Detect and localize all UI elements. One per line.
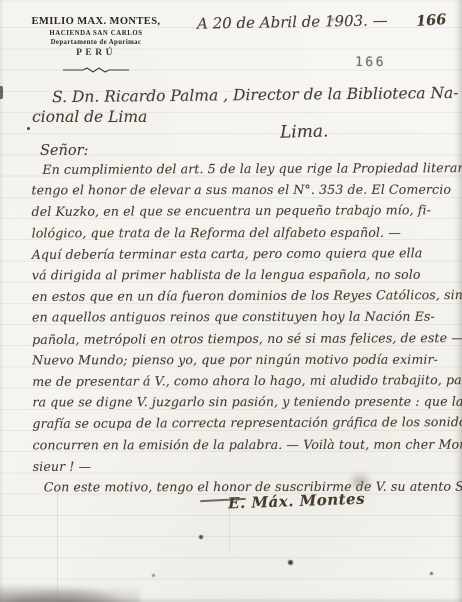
corner-ink-blot: [0, 580, 140, 602]
letterhead-estate: HACIENDA SAN CARLOS: [28, 30, 164, 37]
page-number-handwritten: 166: [415, 11, 446, 30]
city-line: Lima.: [280, 121, 329, 142]
page-number-stamp: 166: [355, 55, 386, 70]
paper-crease: [229, 495, 230, 553]
recipient-line-1: S. Dn. Ricardo Palma , Director de la Bi…: [52, 84, 459, 106]
letter-line: me de presentar á V., como ahora lo hago…: [32, 369, 448, 392]
letter-line: ra que se digne V. juzgarlo sin pasión, …: [32, 391, 448, 413]
ink-speck: [152, 574, 155, 577]
greeting: Señor:: [40, 143, 88, 159]
letter-line: en aquellos antiguos reinos que constitu…: [32, 306, 448, 328]
paper-crease: [57, 490, 58, 602]
ink-speck: [27, 127, 30, 130]
letter-body: En cumplimiento del art. 5 de la ley que…: [31, 157, 448, 498]
letter-line: Aquí debería terminar esta carta, pero c…: [32, 242, 448, 265]
letter-line: vá dirigida al primer hablista de la len…: [32, 264, 448, 286]
letter-line: concurren en la emisión de la palabra. —…: [32, 433, 448, 455]
ink-speck: [288, 560, 293, 565]
binding-mark: [0, 86, 3, 99]
letterhead-country: PERÚ: [28, 48, 164, 58]
letter-page: EMILIO MAX. MONTES, HACIENDA SAN CARLOS …: [0, 0, 462, 602]
letter-line: grafía se ocupa de la correcta represent…: [32, 412, 448, 435]
letter-line: lológico, que trata de la Reforma del al…: [32, 221, 448, 243]
signature: E. Máx. Montes: [228, 490, 366, 513]
letter-line: del Kuzko, en el que se encuentra un peq…: [31, 199, 447, 222]
letter-line: En cumplimiento del art. 5 de la ley que…: [31, 157, 447, 180]
letterhead-department: Departamento de Apurimac: [28, 39, 164, 46]
ink-speck: [199, 535, 203, 539]
letter-line: Nuevo Mundo; pienso yo, que por ningún m…: [32, 348, 448, 370]
letterhead-flourish-rule: [28, 59, 164, 78]
flourish-icon: [61, 66, 131, 74]
date-line: A 20 de Abril de 1903. —: [197, 11, 388, 32]
letterhead-name: EMILIO MAX. MONTES,: [28, 16, 164, 27]
letter-line: sieur ! —: [33, 454, 449, 477]
letter-line: tengo el honor de elevar a sus manos el …: [31, 179, 447, 201]
letter-line: pañola, metrópoli en otros tiempos, no s…: [32, 327, 448, 350]
letterhead: EMILIO MAX. MONTES, HACIENDA SAN CARLOS …: [28, 16, 164, 78]
ink-speck: [430, 572, 433, 575]
letter-line: en estos que en un día fueron dominios d…: [32, 284, 448, 307]
recipient-line-2: cional de Lima: [32, 108, 147, 126]
